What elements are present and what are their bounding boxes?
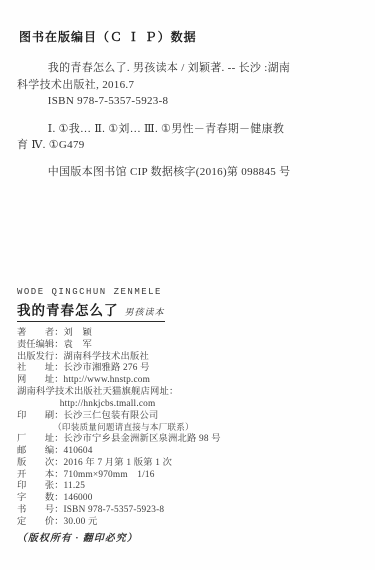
colophon-value: （印装质量问题请直接与本厂联系） — [53, 422, 194, 432]
colophon-value: 2016 年 7 月第 1 版第 1 次 — [64, 458, 173, 468]
cip-header: 图书在版编目（Ｃ Ｉ Ｐ）数据 — [19, 28, 359, 45]
colophon-row: 定 价：30.00 元 — [17, 517, 359, 529]
colophon-value: http://hnkjcbs.tmall.com — [60, 399, 156, 409]
cip-class-line-2: 育 Ⅳ. ①G479 — [17, 137, 359, 154]
colophon-value: 410604 — [64, 446, 93, 456]
cip-record-line-2: 科学技术出版社, 2016.7 — [17, 77, 359, 94]
colophon-label: 责任编辑： — [17, 340, 64, 350]
book-subtitle: 男孩读本 — [125, 307, 165, 317]
colophon-entries: 著 者：刘 颖 责任编辑：袁 军 出版发行：湖南科学技术出版社 社 址：长沙市湘… — [17, 328, 359, 529]
colophon-label: 书 号： — [17, 505, 64, 515]
book-title: 我的青春怎么了 — [17, 303, 119, 318]
colophon-value: 长沙市宁乡县金洲新区泉洲北路 98 号 — [64, 434, 221, 444]
cip-classification: Ⅰ. ①我… Ⅱ. ①刘… Ⅲ. ①男性－青春期－健康教 育 Ⅳ. ①G479 — [17, 121, 359, 154]
copyright-notice: （版权所有 · 翻印必究） — [17, 530, 359, 544]
colophon-row: 邮 编：410604 — [17, 446, 359, 458]
colophon-row: 湖南科学技术出版社天猫旗舰店网址： — [17, 387, 359, 399]
colophon: WODE QINGCHUN ZENMELE 我的青春怎么了男孩读本 著 者：刘 … — [17, 287, 359, 544]
colophon-value: 11.25 — [64, 481, 86, 491]
colophon-label: 开 本： — [17, 470, 64, 480]
colophon-row: 网 址：http://www.hnstp.com — [17, 375, 359, 387]
cip-record-line-1: 我的青春怎么了. 男孩读本 / 刘颖著. -- 长沙 :湖南 — [17, 60, 359, 77]
colophon-label: 著 者： — [17, 328, 64, 338]
colophon-value: 30.00 元 — [64, 517, 98, 527]
colophon-value: 710mm×970mm 1/16 — [64, 470, 155, 480]
colophon-label: 网 址： — [17, 375, 64, 385]
colophon-value: 长沙市湘雅路 276 号 — [64, 363, 150, 373]
colophon-label: 版 次： — [17, 458, 64, 468]
colophon-row: 社 址：长沙市湘雅路 276 号 — [17, 363, 359, 375]
colophon-label: 厂 址： — [17, 434, 64, 444]
pinyin-title: WODE QINGCHUN ZENMELE — [17, 287, 359, 297]
cip-isbn-line: ISBN 978-7-5357-5923-8 — [17, 93, 359, 110]
cip-class-line-1: Ⅰ. ①我… Ⅱ. ①刘… Ⅲ. ①男性－青春期－健康教 — [17, 121, 359, 138]
colophon-value: 146000 — [64, 493, 93, 503]
blank-gap — [17, 180, 359, 287]
title-line: 我的青春怎么了男孩读本 — [17, 299, 359, 322]
title-underline: 我的青春怎么了男孩读本 — [17, 299, 165, 322]
colophon-label: 印 张： — [17, 481, 64, 491]
colophon-value: http://www.hnstp.com — [64, 375, 151, 385]
colophon-label: 邮 编： — [17, 446, 64, 456]
colophon-label: 印 刷： — [17, 411, 64, 421]
colophon-row: 印 张：11.25 — [17, 481, 359, 493]
colophon-value: 长沙三仁包装有限公司 — [64, 411, 159, 421]
colophon-row: 开 本：710mm×970mm 1/16 — [17, 470, 359, 482]
colophon-row: 厂 址：长沙市宁乡县金洲新区泉洲北路 98 号 — [17, 434, 359, 446]
colophon-label: 社 址： — [17, 363, 64, 373]
colophon-value: 湖南科学技术出版社天猫旗舰店网址： — [17, 387, 178, 397]
colophon-label: 字 数： — [17, 493, 64, 503]
cip-record: 我的青春怎么了. 男孩读本 / 刘颖著. -- 长沙 :湖南 科学技术出版社, … — [17, 60, 359, 180]
colophon-label: 出版发行： — [17, 352, 64, 362]
colophon-label: 定 价： — [17, 517, 64, 527]
colophon-row: 字 数：146000 — [17, 493, 359, 505]
colophon-value: ISBN 978-7-5357-5923-8 — [64, 505, 165, 515]
colophon-row: 书 号：ISBN 978-7-5357-5923-8 — [17, 505, 359, 517]
colophon-value: 刘 颖 — [64, 328, 93, 338]
colophon-row: 印 刷：长沙三仁包装有限公司 — [17, 411, 359, 423]
colophon-value: 湖南科学技术出版社 — [64, 352, 149, 362]
colophon-row: 著 者：刘 颖 — [17, 328, 359, 340]
colophon-row: 版 次：2016 年 7 月第 1 版第 1 次 — [17, 458, 359, 470]
colophon-row: http://hnkjcbs.tmall.com — [17, 399, 359, 411]
colophon-row: （印装质量问题请直接与本厂联系） — [17, 422, 359, 434]
copyright-page: 图书在版编目（Ｃ Ｉ Ｐ）数据 我的青春怎么了. 男孩读本 / 刘颖著. -- … — [0, 0, 375, 570]
colophon-value: 袁 军 — [64, 340, 93, 350]
colophon-row: 出版发行：湖南科学技术出版社 — [17, 352, 359, 364]
colophon-row: 责任编辑：袁 军 — [17, 340, 359, 352]
cip-registry-line: 中国版本图书馆 CIP 数据核字(2016)第 098845 号 — [17, 164, 359, 181]
